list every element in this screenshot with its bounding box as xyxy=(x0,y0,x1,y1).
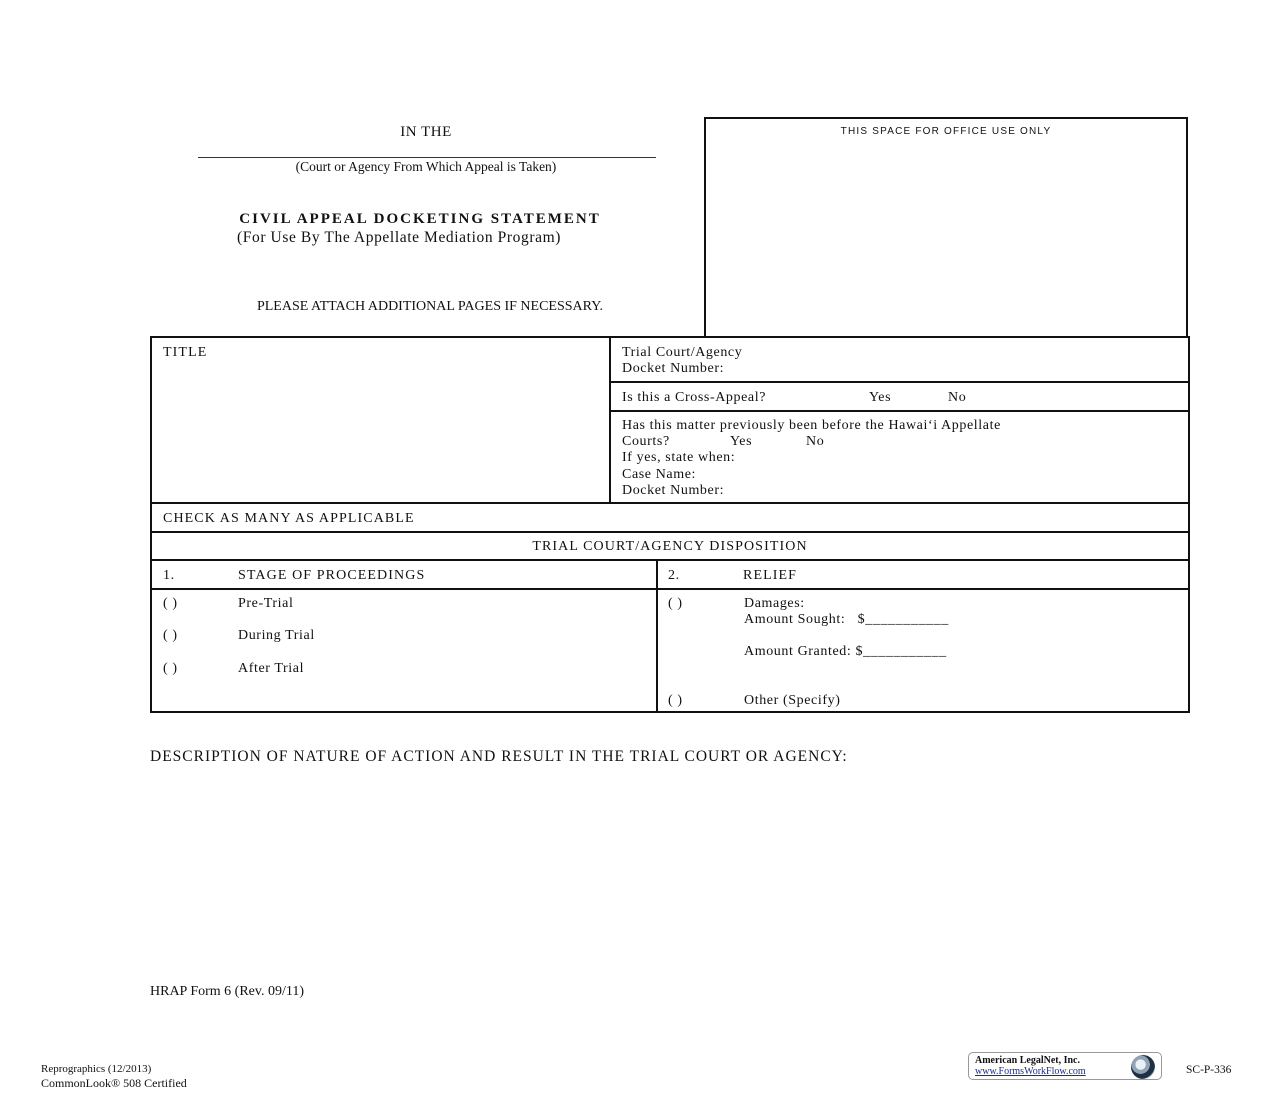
trial-docket-label: Docket Number: xyxy=(622,361,724,377)
globe-logo-icon xyxy=(1131,1055,1155,1079)
damages-label: Damages: xyxy=(744,596,805,612)
court-caption: (Court or Agency From Which Appeal is Ta… xyxy=(150,159,702,175)
other-checkbox[interactable]: ( ) xyxy=(668,693,683,709)
vendor-name: American LegalNet, Inc. xyxy=(975,1055,1080,1066)
stage-number: 1. xyxy=(163,568,175,584)
divider xyxy=(150,559,1190,561)
vendor-badge[interactable]: American LegalNet, Inc. www.FormsWorkFlo… xyxy=(968,1052,1162,1080)
relief-heading: RELIEF xyxy=(743,568,797,584)
disposition-heading: TRIAL COURT/AGENCY DISPOSITION xyxy=(150,539,1190,555)
cross-appeal-yes[interactable]: Yes xyxy=(869,390,891,406)
office-use-label: THIS SPACE FOR OFFICE USE ONLY xyxy=(706,126,1186,137)
title-field[interactable] xyxy=(152,366,607,502)
amount-sought-field[interactable]: Amount Sought: $___________ xyxy=(744,612,949,628)
amount-granted-field[interactable]: Amount Granted: $___________ xyxy=(744,644,947,660)
form-code: SC-P-336 xyxy=(1186,1064,1231,1076)
previous-appeal-question-cont: Courts? xyxy=(622,434,670,450)
stage-heading: STAGE OF PROCEEDINGS xyxy=(238,568,425,584)
attach-pages-note: PLEASE ATTACH ADDITIONAL PAGES IF NECESS… xyxy=(154,299,706,315)
checkbox-mark[interactable]: ( ) xyxy=(163,661,178,677)
divider xyxy=(609,410,1190,412)
vendor-link[interactable]: www.FormsWorkFlow.com xyxy=(975,1066,1086,1077)
divider xyxy=(609,381,1190,383)
cross-appeal-question: Is this a Cross-Appeal? xyxy=(622,390,766,406)
reprographics-note: Reprographics (12/2013) xyxy=(41,1063,151,1075)
divider xyxy=(150,531,1190,533)
previous-docket-label: Docket Number: xyxy=(622,483,724,499)
document-title: CIVIL APPEAL DOCKETING STATEMENT xyxy=(115,211,725,228)
description-heading: DESCRIPTION OF NATURE OF ACTION AND RESU… xyxy=(150,748,848,766)
check-applicable-note: CHECK AS MANY AS APPLICABLE xyxy=(163,511,415,527)
option-label: During Trial xyxy=(238,628,315,644)
previous-appeal-question: Has this matter previously been before t… xyxy=(622,418,1001,434)
trial-court-label: Trial Court/Agency xyxy=(622,345,742,361)
office-use-box: THIS SPACE FOR OFFICE USE ONLY xyxy=(704,117,1188,337)
previous-appeal-no[interactable]: No xyxy=(806,434,824,450)
court-prefix: IN THE xyxy=(150,124,702,141)
checkbox-mark[interactable]: ( ) xyxy=(163,596,178,612)
divider xyxy=(609,336,611,504)
checkbox-mark[interactable]: ( ) xyxy=(163,628,178,644)
previous-appeal-yes[interactable]: Yes xyxy=(730,434,752,450)
relief-number: 2. xyxy=(668,568,680,584)
title-field-label: TITLE xyxy=(163,345,207,361)
divider xyxy=(150,588,1190,590)
damages-checkbox[interactable]: ( ) xyxy=(668,596,683,612)
certification-note: CommonLook® 508 Certified xyxy=(41,1076,187,1091)
if-yes-label: If yes, state when: xyxy=(622,450,735,466)
option-label: Pre-Trial xyxy=(238,596,293,612)
description-field[interactable] xyxy=(150,775,1190,970)
form-identifier: HRAP Form 6 (Rev. 09/11) xyxy=(150,984,304,1000)
option-label: After Trial xyxy=(238,661,304,677)
document-subtitle: (For Use By The Appellate Mediation Prog… xyxy=(123,229,675,247)
case-name-label: Case Name: xyxy=(622,467,696,483)
cross-appeal-no[interactable]: No xyxy=(948,390,966,406)
other-label: Other (Specify) xyxy=(744,693,840,709)
court-name-field[interactable] xyxy=(198,157,656,158)
divider xyxy=(656,559,658,713)
